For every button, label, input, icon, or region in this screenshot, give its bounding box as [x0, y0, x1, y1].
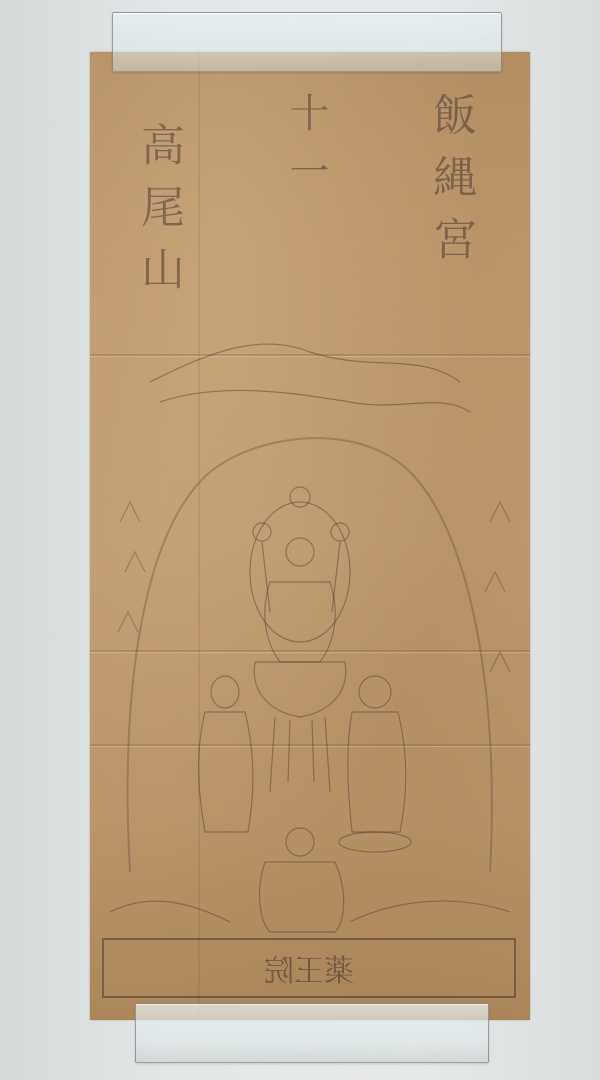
print-illustration — [90, 52, 530, 1020]
woodblock-print: 飯縄宮 十一 高尾山 — [90, 52, 530, 1020]
footer-inscription: 薬王院 — [264, 946, 354, 990]
glass-clip-bottom — [135, 1003, 489, 1063]
glass-clip-top — [112, 12, 502, 72]
footer-inscription-box: 薬王院 — [102, 938, 516, 998]
